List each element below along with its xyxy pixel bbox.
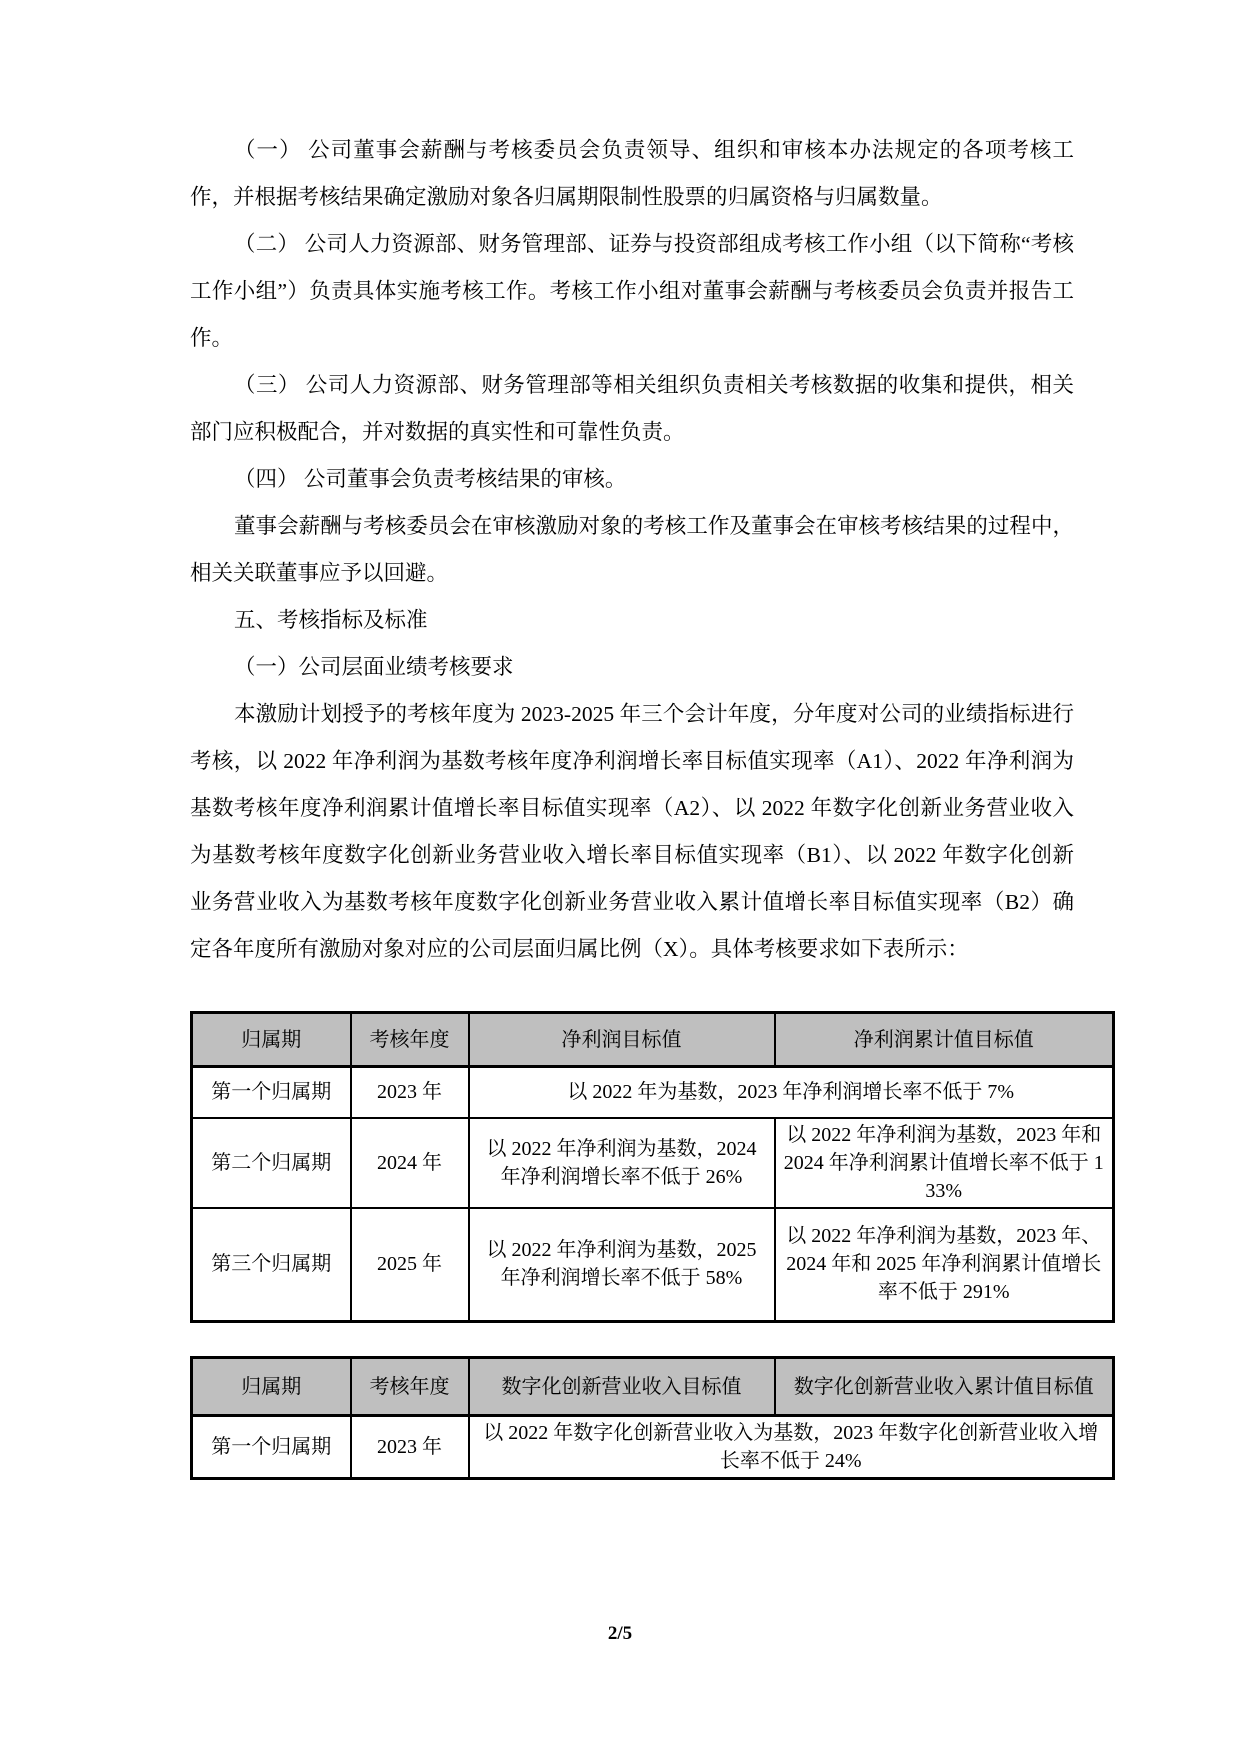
header-cell-revenue-target: 数字化创新营业收入目标值 [469, 1358, 775, 1416]
profit-table-row-3: 第三个归属期 2025 年 以 2022 年净利润为基数，2025 年净利润增长… [192, 1208, 1114, 1322]
cell-cumulative-target: 以 2022 年净利润为基数，2023 年、2024 年和 2025 年净利润累… [775, 1208, 1114, 1322]
cell-year: 2023 年 [351, 1067, 469, 1118]
cell-target: 以 2022 年净利润为基数，2025 年净利润增长率不低于 58% [469, 1208, 775, 1322]
cell-period: 第二个归属期 [192, 1118, 351, 1208]
paragraph-duty-4: （四） 公司董事会负责考核结果的审核。 [190, 456, 1074, 503]
cell-target: 以 2022 年净利润为基数，2024 年净利润增长率不低于 26% [469, 1118, 775, 1208]
cell-target-merged: 以 2022 年为基数，2023 年净利润增长率不低于 7% [469, 1067, 1114, 1118]
header-cell-year: 考核年度 [351, 1358, 469, 1416]
cell-year: 2025 年 [351, 1208, 469, 1322]
page-number: 2/5 [0, 1622, 1240, 1646]
revenue-table-header-row: 归属期 考核年度 数字化创新营业收入目标值 数字化创新营业收入累计值目标值 [192, 1358, 1114, 1416]
document-body: （一） 公司董事会薪酬与考核委员会负责领导、组织和审核本办法规定的各项考核工作，… [190, 127, 1074, 1480]
header-cell-profit-cumulative-target: 净利润累计值目标值 [775, 1013, 1114, 1067]
document-page: （一） 公司董事会薪酬与考核委员会负责领导、组织和审核本办法规定的各项考核工作，… [0, 0, 1240, 1754]
profit-table-row-1: 第一个归属期 2023 年 以 2022 年为基数，2023 年净利润增长率不低… [192, 1067, 1114, 1118]
paragraph-duty-1: （一） 公司董事会薪酬与考核委员会负责领导、组织和审核本办法规定的各项考核工作，… [190, 127, 1074, 221]
cell-period: 第一个归属期 [192, 1416, 351, 1479]
paragraph-assessment-plan: 本激励计划授予的考核年度为 2023-2025 年三个会计年度，分年度对公司的业… [190, 691, 1074, 973]
profit-target-table: 归属期 考核年度 净利润目标值 净利润累计值目标值 第一个归属期 2023 年 … [190, 1011, 1115, 1323]
paragraph-recusal: 董事会薪酬与考核委员会在审核激励对象的考核工作及董事会在审核考核结果的过程中，相… [190, 503, 1074, 597]
header-cell-profit-target: 净利润目标值 [469, 1013, 775, 1067]
header-cell-revenue-cumulative-target: 数字化创新营业收入累计值目标值 [775, 1358, 1114, 1416]
revenue-target-table: 归属期 考核年度 数字化创新营业收入目标值 数字化创新营业收入累计值目标值 第一… [190, 1356, 1115, 1480]
profit-table-header-row: 归属期 考核年度 净利润目标值 净利润累计值目标值 [192, 1013, 1114, 1067]
subsection-heading-company-level: （一）公司层面业绩考核要求 [190, 644, 1074, 691]
header-cell-year: 考核年度 [351, 1013, 469, 1067]
paragraph-duty-3: （三） 公司人力资源部、财务管理部等相关组织负责相关考核数据的收集和提供，相关部… [190, 362, 1074, 456]
cell-target-merged: 以 2022 年数字化创新营业收入为基数，2023 年数字化创新营业收入增长率不… [469, 1416, 1114, 1479]
cell-year: 2023 年 [351, 1416, 469, 1479]
paragraph-duty-2: （二） 公司人力资源部、财务管理部、证券与投资部组成考核工作小组（以下简称“考核… [190, 221, 1074, 362]
header-cell-period: 归属期 [192, 1358, 351, 1416]
header-cell-period: 归属期 [192, 1013, 351, 1067]
cell-cumulative-target: 以 2022 年净利润为基数，2023 年和 2024 年净利润累计值增长率不低… [775, 1118, 1114, 1208]
cell-year: 2024 年 [351, 1118, 469, 1208]
profit-table-row-2: 第二个归属期 2024 年 以 2022 年净利润为基数，2024 年净利润增长… [192, 1118, 1114, 1208]
revenue-table-row-1: 第一个归属期 2023 年 以 2022 年数字化创新营业收入为基数，2023 … [192, 1416, 1114, 1479]
cell-period: 第一个归属期 [192, 1067, 351, 1118]
cell-period: 第三个归属期 [192, 1208, 351, 1322]
section-heading-assessment-criteria: 五、考核指标及标准 [190, 597, 1074, 644]
